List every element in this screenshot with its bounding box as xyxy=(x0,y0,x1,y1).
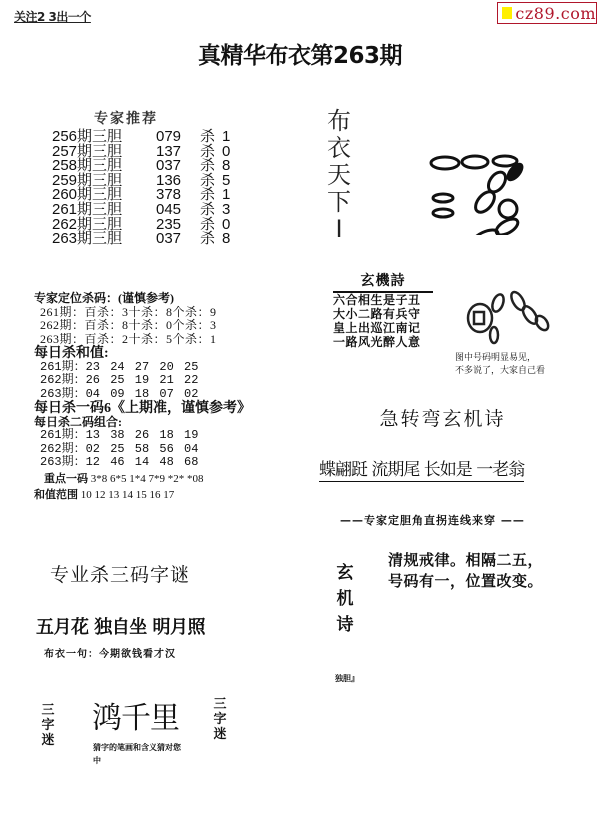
buyi-tianxia-vertical: 布 衣 天 下 I xyxy=(325,108,353,243)
riddle-hint: 猜字的笔画和含义猜对您中 xyxy=(93,741,188,767)
expert-recommend-list: 256期三胆079杀1 257期三胆137杀0 258期三胆037杀8 259期… xyxy=(52,130,230,247)
vertical-char: 诗 xyxy=(334,612,356,638)
sharp-turn-title: 急转弯玄机诗 xyxy=(300,404,585,431)
kill-stats-block: 专家定位杀码：(谨慎参考) 261期：百杀：3十杀：8个杀：9 262期：百杀：… xyxy=(34,292,251,503)
daily-sum-kill-title: 每日杀和值: xyxy=(34,347,251,361)
list-item: 261期：百杀：3十杀：8个杀：9 xyxy=(34,306,251,320)
note-line: 图中号码明显易见， xyxy=(455,352,545,365)
daily-one-kill-title: 每日杀一码6《上期准，谨慎参考》 xyxy=(34,402,251,416)
vertical-char: I xyxy=(325,216,353,243)
riddle-side-left: 三 字 迷 xyxy=(40,703,56,748)
kill-label: 杀 xyxy=(200,232,222,247)
positional-kill-title: 专家定位杀码：(谨慎参考) xyxy=(34,292,251,306)
list-item: 263期：12 46 14 48 68 xyxy=(34,456,251,470)
coin-chain-image xyxy=(460,285,560,350)
riddle-title: 专业杀三码字谜 xyxy=(50,560,190,587)
list-item: 263期：百杀：2十杀：5个杀：1 xyxy=(34,333,251,347)
list-item: 261期：13 38 26 18 19 xyxy=(34,429,251,443)
poem-line: 皇上出巡江南记 xyxy=(333,321,433,335)
vertical-char: 玄 xyxy=(334,560,356,586)
daily-two-kill-title: 每日杀二码组合: xyxy=(34,416,251,430)
page-title: 真精华布衣第263期 xyxy=(0,37,600,70)
poem-line: 一路风光醉人意 xyxy=(333,335,433,349)
vertical-char: 三 xyxy=(212,697,228,712)
picks-value: 037 xyxy=(156,232,200,247)
vertical-char: 机 xyxy=(334,586,356,612)
kill-value: 8 xyxy=(222,232,230,247)
vertical-char: 字 xyxy=(212,712,228,727)
follow-note: 关注2 3出一个 xyxy=(14,8,91,25)
xuanji-shi-poem: 清规戒律。相隔二五， 号码有一，位置改变。 xyxy=(388,550,543,592)
key-code-row: 重点一码 3*8 6*5 1*4 7*9 *2* *08 xyxy=(34,473,251,487)
sum-range-row: 和值范围 10 12 13 14 15 16 17 xyxy=(34,489,251,503)
note-line: 不多说了，大家自己看 xyxy=(455,365,545,378)
vertical-char: 三 xyxy=(40,703,56,718)
sum-range-value: 10 12 13 14 15 16 17 xyxy=(81,489,175,501)
vertical-char: 迷 xyxy=(212,727,228,742)
poem-line: 大小二路有兵守 xyxy=(333,307,433,321)
poem-line: 号码有一，位置改变。 xyxy=(388,571,543,592)
riddle-big-word: 鸿千里 xyxy=(92,693,179,737)
poem-line: 清规戒律。相隔二五， xyxy=(388,550,543,571)
site-logo[interactable]: cz89.com xyxy=(497,2,597,24)
poem-line: 六合相生是子丑 xyxy=(333,293,433,307)
list-item: 263期：04 09 18 07 02 xyxy=(34,388,251,402)
xuanji-poem-title: 玄機詩 xyxy=(333,270,433,293)
list-item: 263期三胆037杀8 xyxy=(52,232,230,247)
picture-note: 图中号码明显易见， 不多说了，大家自己看 xyxy=(455,352,545,378)
xuanji-shi-vertical: 玄 机 诗 xyxy=(334,560,356,638)
expert-recommend-title: 专家推荐 xyxy=(94,108,158,128)
vertical-char: 迷 xyxy=(40,733,56,748)
key-code-value: 3*8 6*5 1*4 7*9 *2* *08 xyxy=(91,473,204,485)
vertical-char: 衣 xyxy=(325,135,353,162)
expert-hint-line: ——专家定胆角直拐连线来穿 —— xyxy=(340,512,525,528)
chain-links-image xyxy=(425,135,545,235)
vertical-char: 下 xyxy=(325,189,353,216)
logo-square-icon xyxy=(502,7,512,19)
vertical-char: 布 xyxy=(325,108,353,135)
vertical-char: 字 xyxy=(40,718,56,733)
list-item: 262期：26 25 19 21 22 xyxy=(34,374,251,388)
xuanji-shi-footer: 独胆』 xyxy=(335,673,359,684)
list-item: 262期：百杀：8十杀：0个杀：3 xyxy=(34,319,251,333)
list-item: 261期：23 24 27 20 25 xyxy=(34,361,251,375)
vertical-char: 天 xyxy=(325,162,353,189)
xuanji-poem-box: 玄機詩 六合相生是子丑 大小二路有兵守 皇上出巡江南记 一路风光醉人意 xyxy=(333,270,433,349)
buyi-line: 布衣一句：今期欲钱看才汉 xyxy=(44,645,176,660)
sharp-turn-line: 蝶翩跹 流期尾 长如是 一老翁 xyxy=(319,455,524,482)
riddle-words: 五月花 独自坐 明月照 xyxy=(36,613,205,639)
riddle-side-right: 三 字 迷 xyxy=(212,697,228,742)
logo-text: cz89.com xyxy=(515,4,596,23)
sum-range-label: 和值范围 xyxy=(34,489,78,501)
period-label: 263期三胆 xyxy=(52,232,156,247)
list-item: 262期：02 25 58 56 04 xyxy=(34,443,251,457)
key-code-label: 重点一码 xyxy=(44,473,88,485)
